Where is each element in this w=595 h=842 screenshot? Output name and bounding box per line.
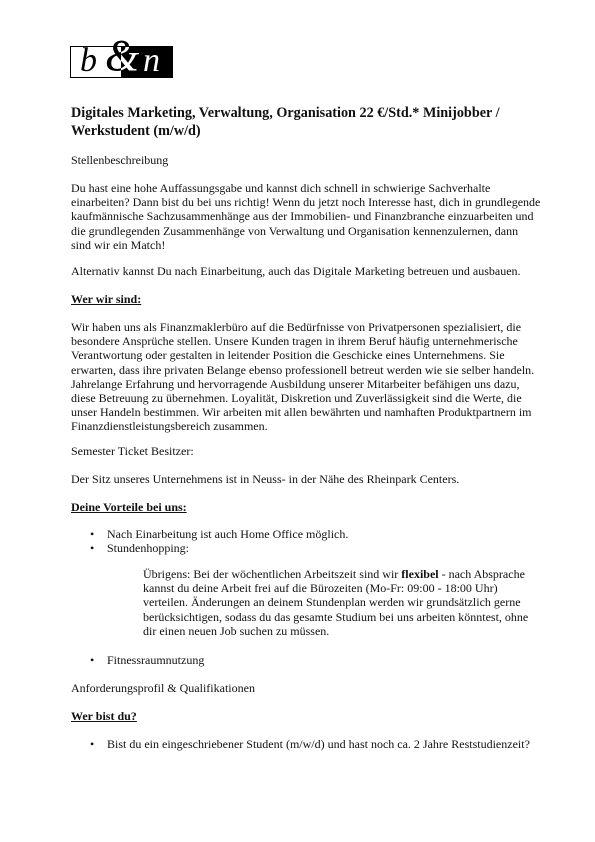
requirement-text: Bist du ein eingeschriebener Student (m/…	[107, 737, 537, 751]
company-logo: b & & n	[70, 46, 173, 78]
benefit-text: Nach Einarbeitung ist auch Home Office m…	[107, 527, 537, 541]
bullet-icon: •	[90, 737, 94, 751]
who-we-are-paragraph: Wir haben uns als Finanzmaklerbüro auf d…	[71, 320, 541, 434]
heading-who-are-you: Wer bist du?	[71, 709, 541, 723]
intro-paragraph: Du hast eine hohe Auffassungsgabe und ka…	[71, 181, 541, 252]
alternative-paragraph: Alternativ kannst Du nach Einarbeitung, …	[71, 264, 541, 278]
benefit-text: Stundenhopping:	[107, 541, 537, 555]
bullet-icon: •	[90, 653, 94, 667]
bullet-icon: •	[90, 527, 94, 541]
heading-benefits: Deine Vorteile bei uns:	[71, 500, 541, 514]
job-title: Digitales Marketing, Verwaltung, Organis…	[71, 104, 541, 140]
logo-letter-n: n	[143, 41, 160, 81]
requirements-label: Anforderungsprofil & Qualifikationen	[71, 681, 541, 695]
flexibility-paragraph: Übrigens: Bei der wöchentlichen Arbeitsz…	[143, 567, 543, 638]
benefit-text: Fitnessraumnutzung	[107, 653, 537, 667]
section-label-job-description: Stellenbeschreibung	[71, 153, 541, 167]
location-paragraph: Der Sitz unseres Unternehmens ist in Neu…	[71, 472, 541, 486]
flex-text-before: Übrigens: Bei der wöchentlichen Arbeitsz…	[143, 567, 401, 581]
flex-text-bold: flexibel	[401, 567, 438, 581]
heading-who-we-are: Wer wir sind:	[71, 292, 541, 306]
semester-ticket-label: Semester Ticket Besitzer:	[71, 444, 541, 458]
logo-letter-b: b	[80, 41, 97, 81]
bullet-icon: •	[90, 541, 94, 555]
